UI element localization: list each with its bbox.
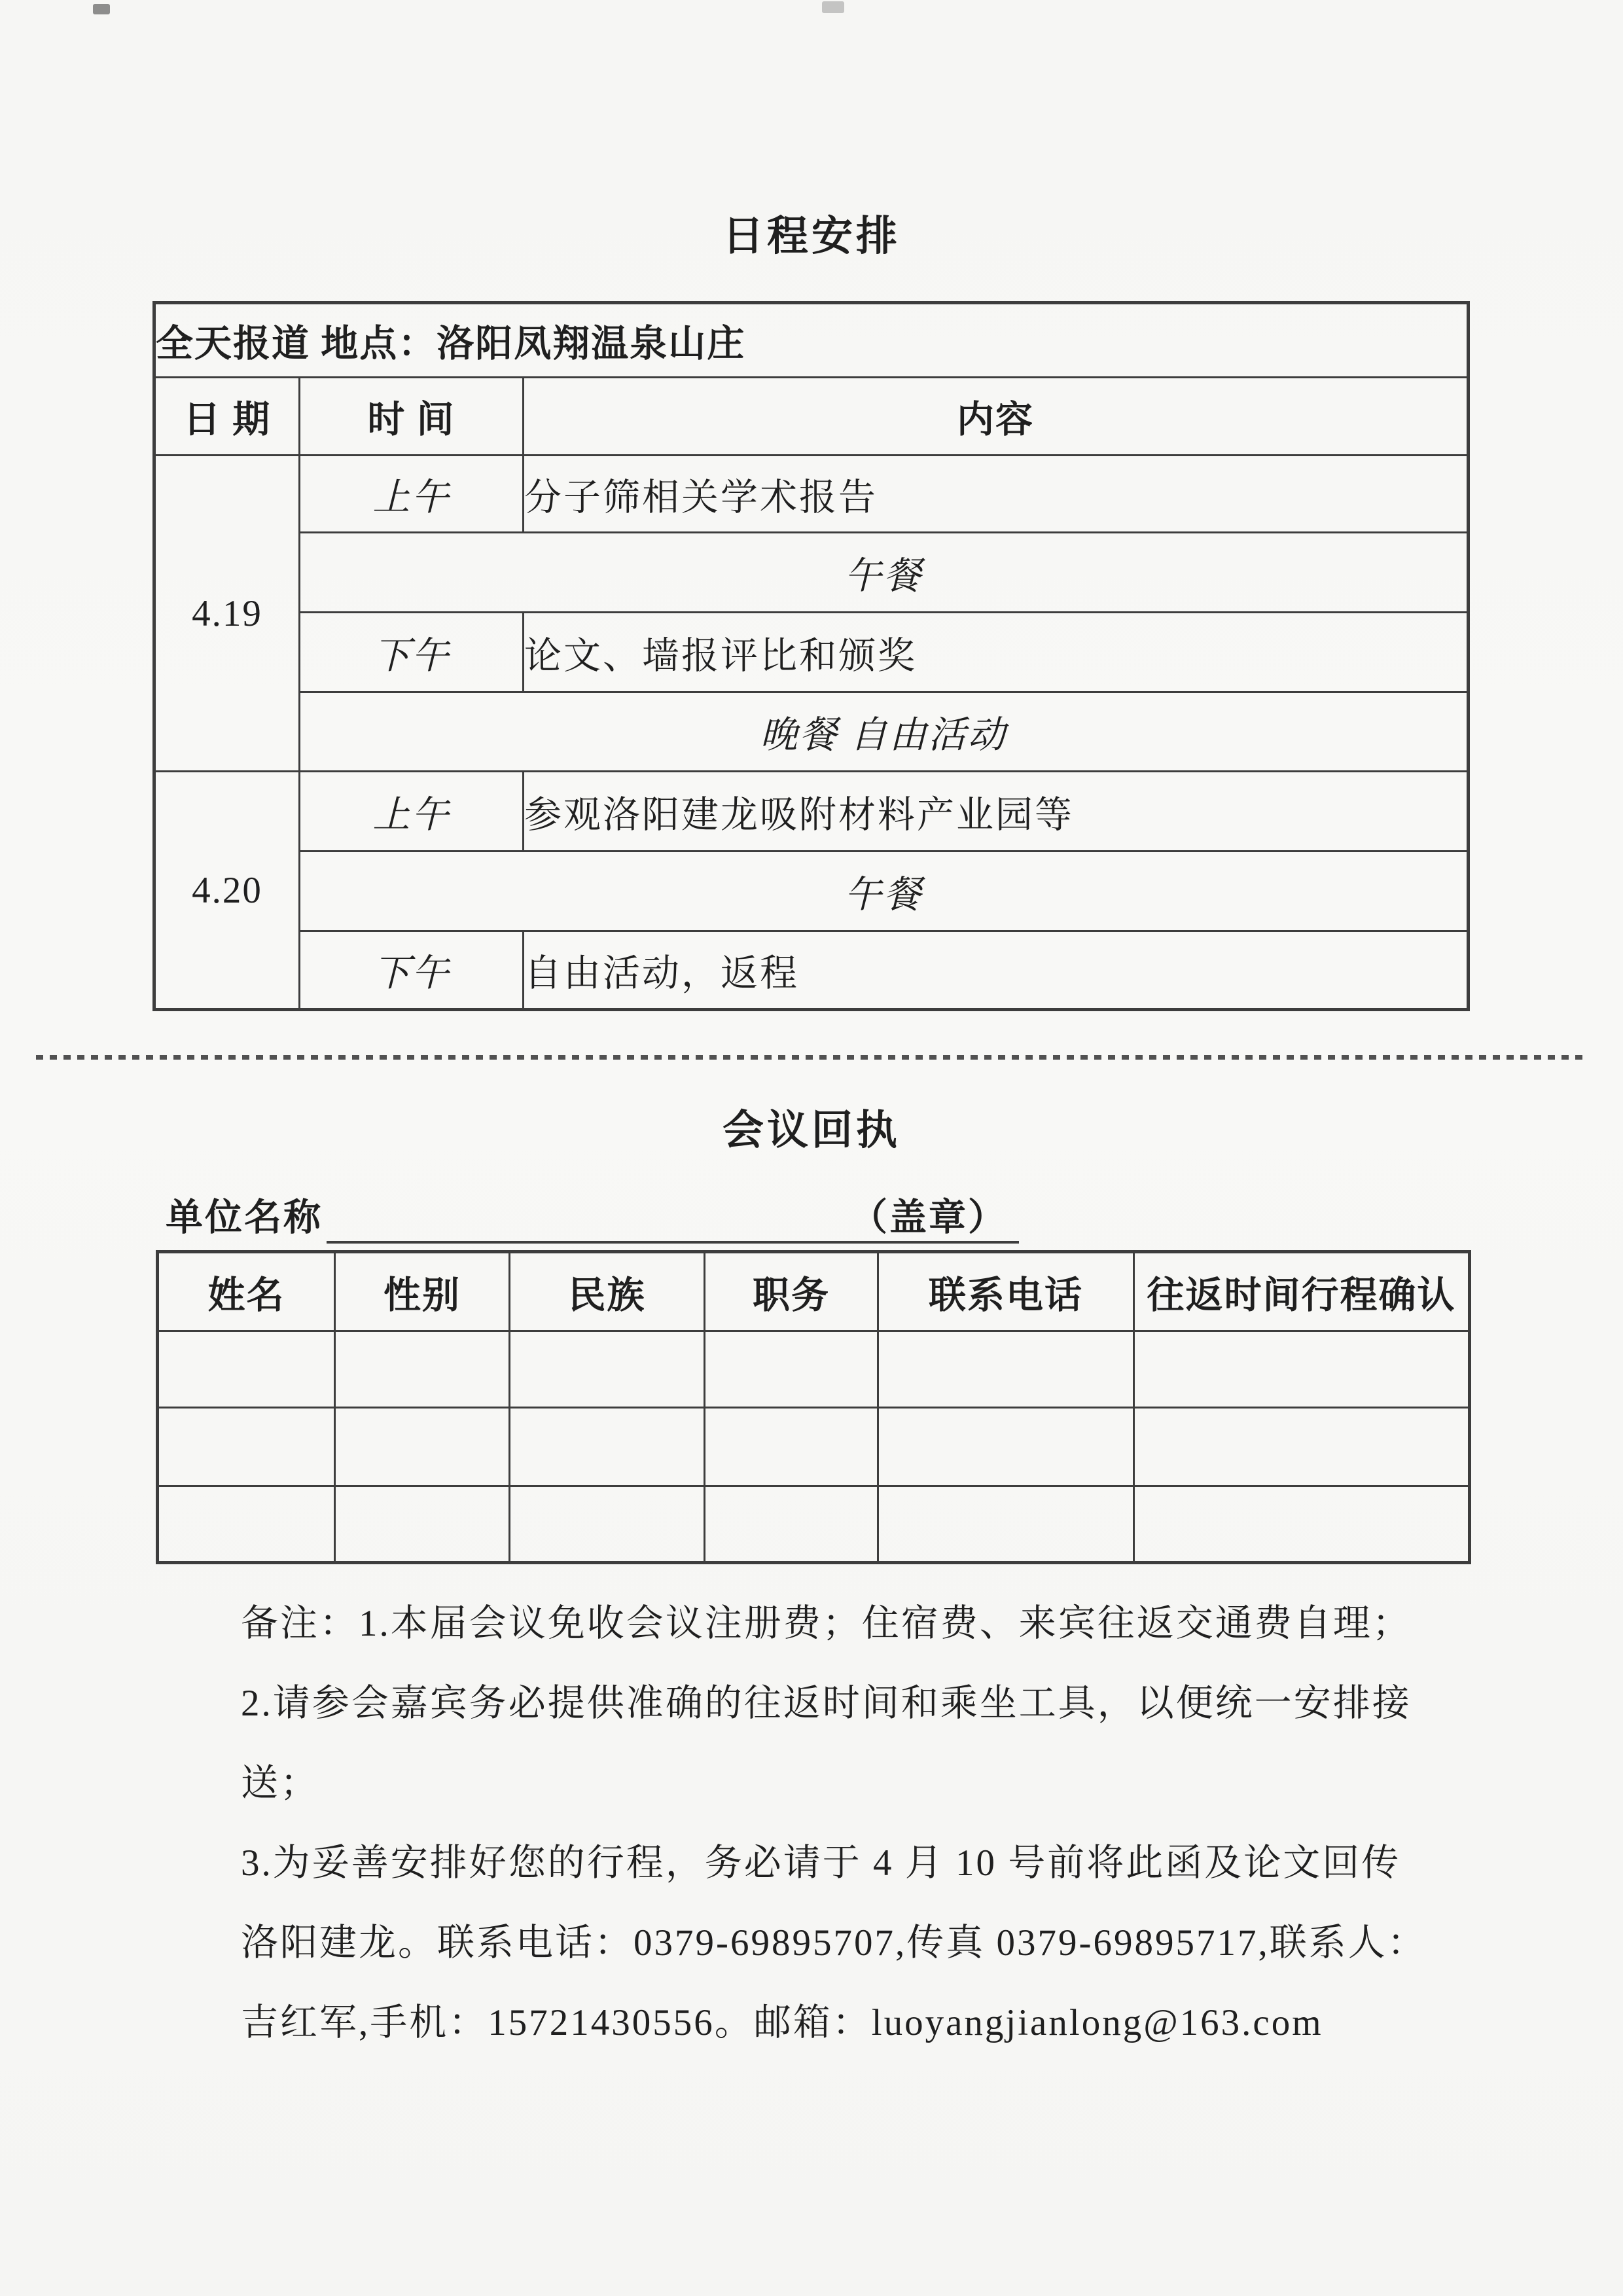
- empty-cell: [510, 1331, 705, 1408]
- date-cell-day1: 4.19: [154, 456, 300, 772]
- column-header-content: 内容: [524, 378, 1469, 456]
- meal-cell-day1-dinner: 晚餐 自由活动: [300, 692, 1469, 772]
- cut-line-dashed-divider: [36, 1055, 1587, 1060]
- reply-header-phone: 联系电话: [878, 1252, 1134, 1331]
- reply-form-title: 会议回执: [0, 1097, 1623, 1157]
- reply-table: 姓名 性别 民族 职务 联系电话 往返时间行程确认: [156, 1250, 1471, 1564]
- notes-block: 备注：1.本届会议免收会议注册费；住宿费、来宾往返交通费自理； 2.请参会嘉宾务…: [241, 1584, 1484, 2063]
- empty-cell: [335, 1486, 510, 1563]
- reply-empty-row: [158, 1408, 1470, 1486]
- content-cell-day1-am: 分子筛相关学术报告: [524, 456, 1469, 533]
- empty-cell: [510, 1486, 705, 1563]
- content-cell-day2-pm: 自由活动，返程: [524, 931, 1469, 1010]
- time-cell-day1-am: 上午: [300, 456, 524, 533]
- empty-cell: [1134, 1408, 1470, 1486]
- note-line-6: 吉红军,手机：15721430556。邮箱：luoyangjianlong@16…: [241, 1983, 1484, 2063]
- reply-header-itinerary: 往返时间行程确认: [1134, 1252, 1470, 1331]
- note-line-1: 备注：1.本届会议免收会议注册费；住宿费、来宾往返交通费自理；: [241, 1584, 1484, 1664]
- reply-header-gender: 性别: [335, 1252, 510, 1331]
- reply-empty-row: [158, 1331, 1470, 1408]
- empty-cell: [510, 1408, 705, 1486]
- unit-name-row: 单位名称（盖章）: [166, 1187, 1019, 1244]
- note-line-3: 送；: [241, 1744, 1484, 1823]
- content-cell-day1-pm: 论文、墙报评比和颁奖: [524, 613, 1469, 692]
- reply-header-ethnicity: 民族: [510, 1252, 705, 1331]
- scan-artifact: [93, 4, 110, 14]
- scan-artifact: [822, 1, 844, 13]
- content-cell-day2-am: 参观洛阳建龙吸附材料产业园等: [524, 772, 1469, 852]
- empty-cell: [335, 1408, 510, 1486]
- empty-cell: [878, 1408, 1134, 1486]
- meal-cell-day2-lunch: 午餐: [300, 852, 1469, 931]
- reply-header-name: 姓名: [158, 1252, 335, 1331]
- empty-cell: [158, 1331, 335, 1408]
- empty-cell: [878, 1331, 1134, 1408]
- unit-name-label: 单位名称: [166, 1187, 323, 1241]
- time-cell-day1-pm: 下午: [300, 613, 524, 692]
- empty-cell: [1134, 1331, 1470, 1408]
- empty-cell: [878, 1486, 1134, 1563]
- time-cell-day2-pm: 下午: [300, 931, 524, 1010]
- reply-header-position: 职务: [705, 1252, 878, 1331]
- empty-cell: [158, 1486, 335, 1563]
- note-line-5: 洛阳建龙。联系电话：0379-69895707,传真 0379-69895717…: [241, 1903, 1484, 1983]
- column-header-date: 日 期: [154, 378, 300, 456]
- time-cell-day2-am: 上午: [300, 772, 524, 852]
- unit-name-blank-underline: （盖章）: [327, 1187, 1019, 1244]
- note-line-4: 3.为妥善安排好您的行程，务必请于 4 月 10 号前将此函及论文回传: [241, 1823, 1484, 1903]
- empty-cell: [158, 1408, 335, 1486]
- reply-empty-row: [158, 1486, 1470, 1563]
- empty-cell: [705, 1408, 878, 1486]
- empty-cell: [1134, 1486, 1470, 1563]
- schedule-title: 日程安排: [0, 203, 1623, 262]
- empty-cell: [705, 1331, 878, 1408]
- empty-cell: [335, 1331, 510, 1408]
- report-location-cell: 全天报道 地点：洛阳凤翔温泉山庄: [154, 303, 1469, 378]
- date-cell-day2: 4.20: [154, 772, 300, 1010]
- seal-label: （盖章）: [850, 1197, 1007, 1238]
- note-line-2: 2.请参会嘉宾务必提供准确的往返时间和乘坐工具，以便统一安排接: [241, 1664, 1484, 1744]
- schedule-table: 全天报道 地点：洛阳凤翔温泉山庄 日 期 时 间 内容 4.19 上午 分子筛相…: [152, 301, 1470, 1011]
- empty-cell: [705, 1486, 878, 1563]
- meal-cell-day1-lunch: 午餐: [300, 533, 1469, 613]
- column-header-time: 时 间: [300, 378, 524, 456]
- scanned-document-page: 日程安排 全天报道 地点：洛阳凤翔温泉山庄 日 期 时 间 内容 4.19 上午…: [0, 0, 1623, 2296]
